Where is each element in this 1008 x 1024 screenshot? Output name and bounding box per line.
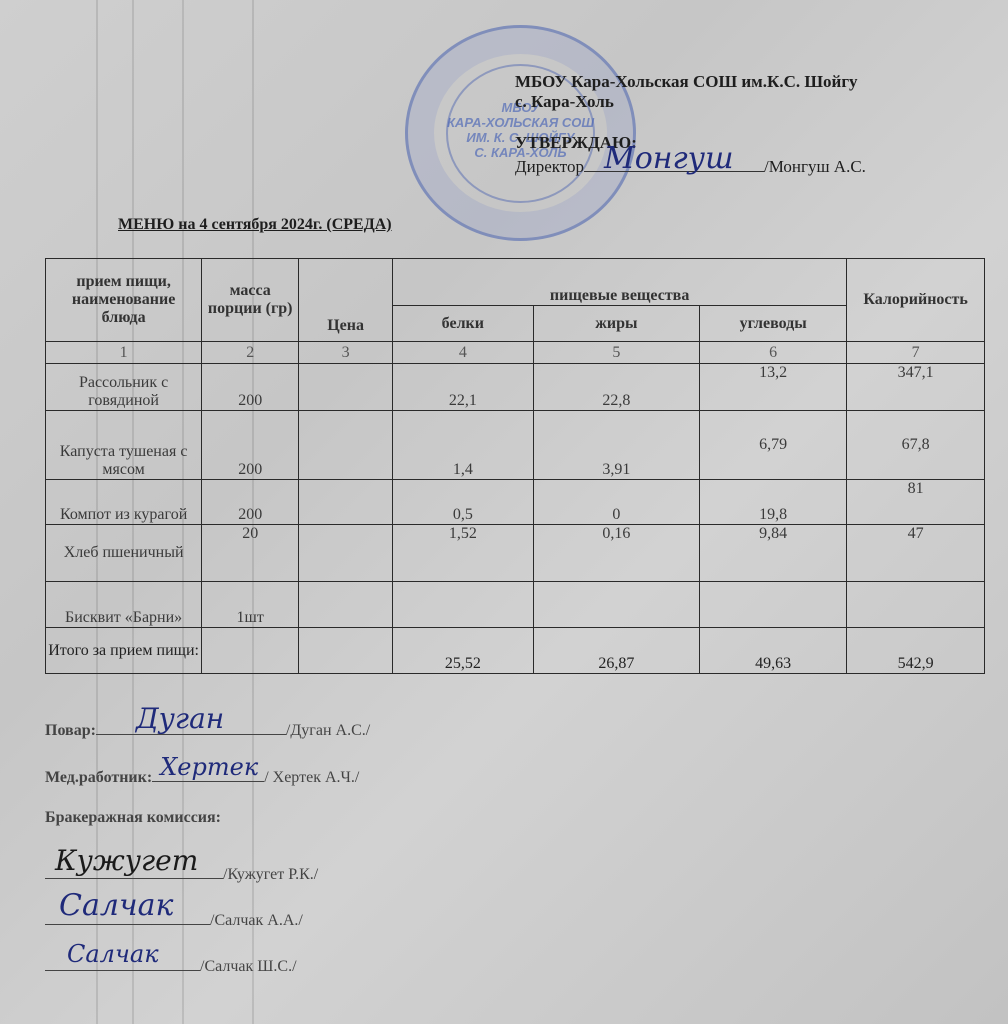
organization-name: МБОУ Кара-Хольская СОШ им.К.С. Шойгу с. … bbox=[515, 72, 858, 112]
column-number-row: 1 2 3 4 5 6 7 bbox=[46, 342, 985, 364]
director-name: /Монгуш А.С. bbox=[764, 157, 866, 176]
total-row: Итого за прием пищи: 25,52 26,87 49,63 5… bbox=[46, 628, 985, 674]
cook-label: Повар: bbox=[45, 722, 96, 739]
commission-member-name: /Салчак Ш.С./ bbox=[200, 958, 297, 975]
commission-member-row: Салчак/Салчак А.А./ bbox=[45, 906, 303, 930]
dish-fat: 0,16 bbox=[533, 525, 700, 582]
dish-calories: 67,8 bbox=[847, 411, 985, 480]
dish-protein: 22,1 bbox=[393, 364, 534, 411]
dish-carbs bbox=[700, 582, 847, 628]
total-label: Итого за прием пищи: bbox=[46, 628, 202, 674]
dish-mass: 200 bbox=[202, 364, 299, 411]
dish-carbs: 19,8 bbox=[700, 480, 847, 525]
commission-signature-line: Кужугет bbox=[45, 860, 223, 879]
dish-calories: 347,1 bbox=[847, 364, 985, 411]
table-header-row: прием пищи, наименование блюда масса пор… bbox=[46, 259, 985, 306]
dish-fat bbox=[533, 582, 700, 628]
dish-protein: 0,5 bbox=[393, 480, 534, 525]
header-protein: белки bbox=[393, 306, 534, 342]
dish-protein: 1,52 bbox=[393, 525, 534, 582]
menu-table: прием пищи, наименование блюда масса пор… bbox=[45, 258, 985, 674]
commission-heading: Бракеражная комиссия: bbox=[45, 809, 221, 827]
total-calories: 542,9 bbox=[847, 628, 985, 674]
commission-label: Бракеражная комиссия: bbox=[45, 809, 221, 826]
commission-member-name: /Салчак А.А./ bbox=[210, 912, 303, 929]
column-number: 4 bbox=[393, 342, 534, 364]
header-mass: масса порции (гр) bbox=[202, 259, 299, 342]
director-signature: Монгуш bbox=[604, 141, 734, 176]
organization-line: МБОУ Кара-Хольская СОШ им.К.С. Шойгу bbox=[515, 72, 858, 92]
dish-price bbox=[299, 525, 393, 582]
header-nutrients: пищевые вещества bbox=[393, 259, 847, 306]
header-dish: прием пищи, наименование блюда bbox=[46, 259, 202, 342]
total-carbs: 49,63 bbox=[700, 628, 847, 674]
header-carbs: углеводы bbox=[700, 306, 847, 342]
stamp-line: КАРА-ХОЛЬСКАЯ СОШ bbox=[438, 115, 603, 130]
table-row: Рассольник с говядиной 200 22,1 22,8 13,… bbox=[46, 364, 985, 411]
commission-signature-line: Салчак bbox=[45, 952, 200, 971]
dish-mass: 20 bbox=[202, 525, 299, 582]
dish-carbs: 9,84 bbox=[700, 525, 847, 582]
dish-protein bbox=[393, 582, 534, 628]
medic-signature-row: Мед.работник:Хертек/ Хертек А.Ч./ bbox=[45, 763, 359, 787]
header-calories: Калорийность bbox=[847, 259, 985, 342]
medic-signature-line: Хертек bbox=[152, 763, 264, 782]
dish-price bbox=[299, 480, 393, 525]
table-row: Компот из курагой 200 0,5 0 19,8 81 bbox=[46, 480, 985, 525]
medic-name: / Хертек А.Ч./ bbox=[264, 769, 359, 786]
column-number: 2 bbox=[202, 342, 299, 364]
director-label: Директор bbox=[515, 157, 584, 176]
commission-member-row: Кужугет/Кужугет Р.К./ bbox=[45, 860, 318, 884]
commission-signature: Салчак bbox=[67, 940, 159, 968]
header-price: Цена bbox=[299, 259, 393, 342]
dish-name: Компот из курагой bbox=[46, 480, 202, 525]
dish-carbs: 13,2 bbox=[700, 364, 847, 411]
cook-signature-line: Дуган bbox=[96, 716, 286, 735]
total-protein: 25,52 bbox=[393, 628, 534, 674]
cook-name: /Дуган А.С./ bbox=[286, 722, 370, 739]
commission-member-row: Салчак/Салчак Ш.С./ bbox=[45, 952, 297, 976]
commission-member-name: /Кужугет Р.К./ bbox=[223, 866, 318, 883]
table-row: Бисквит «Барни» 1шт bbox=[46, 582, 985, 628]
dish-name: Капуста тушеная с мясом bbox=[46, 411, 202, 480]
table-row: Хлеб пшеничный 20 1,52 0,16 9,84 47 bbox=[46, 525, 985, 582]
dish-fat: 22,8 bbox=[533, 364, 700, 411]
dish-name: Хлеб пшеничный bbox=[46, 525, 202, 582]
total-fat: 26,87 bbox=[533, 628, 700, 674]
dish-mass: 200 bbox=[202, 411, 299, 480]
dish-name: Бисквит «Барни» bbox=[46, 582, 202, 628]
column-number: 1 bbox=[46, 342, 202, 364]
dish-calories: 47 bbox=[847, 525, 985, 582]
director-signature-line: Монгуш bbox=[584, 155, 764, 172]
table-row: Капуста тушеная с мясом 200 1,4 3,91 6,7… bbox=[46, 411, 985, 480]
dish-fat: 3,91 bbox=[533, 411, 700, 480]
column-number: 3 bbox=[299, 342, 393, 364]
commission-signature: Салчак bbox=[59, 888, 173, 923]
dish-mass: 1шт bbox=[202, 582, 299, 628]
dish-carbs: 6,79 bbox=[700, 411, 847, 480]
dish-price bbox=[299, 364, 393, 411]
medic-signature: Хертек bbox=[160, 753, 258, 781]
dish-price bbox=[299, 582, 393, 628]
medic-label: Мед.работник: bbox=[45, 769, 152, 786]
column-number: 7 bbox=[847, 342, 985, 364]
dish-mass: 200 bbox=[202, 480, 299, 525]
cook-signature-row: Повар:Дуган/Дуган А.С./ bbox=[45, 716, 370, 740]
commission-signature-line: Салчак bbox=[45, 906, 210, 925]
column-number: 6 bbox=[700, 342, 847, 364]
commission-signature: Кужугет bbox=[55, 844, 198, 877]
dish-calories bbox=[847, 582, 985, 628]
page-title: МЕНЮ на 4 сентября 2024г. (СРЕДА) bbox=[118, 216, 392, 234]
dish-price bbox=[299, 411, 393, 480]
total-price bbox=[299, 628, 393, 674]
total-mass bbox=[202, 628, 299, 674]
dish-name: Рассольник с говядиной bbox=[46, 364, 202, 411]
cook-signature: Дуган bbox=[136, 702, 224, 735]
organization-locality: с. Кара-Холь bbox=[515, 92, 858, 112]
header-fat: жиры bbox=[533, 306, 700, 342]
column-number: 5 bbox=[533, 342, 700, 364]
dish-calories: 81 bbox=[847, 480, 985, 525]
dish-fat: 0 bbox=[533, 480, 700, 525]
dish-protein: 1,4 bbox=[393, 411, 534, 480]
director-line: ДиректорМонгуш/Монгуш А.С. bbox=[515, 155, 866, 177]
